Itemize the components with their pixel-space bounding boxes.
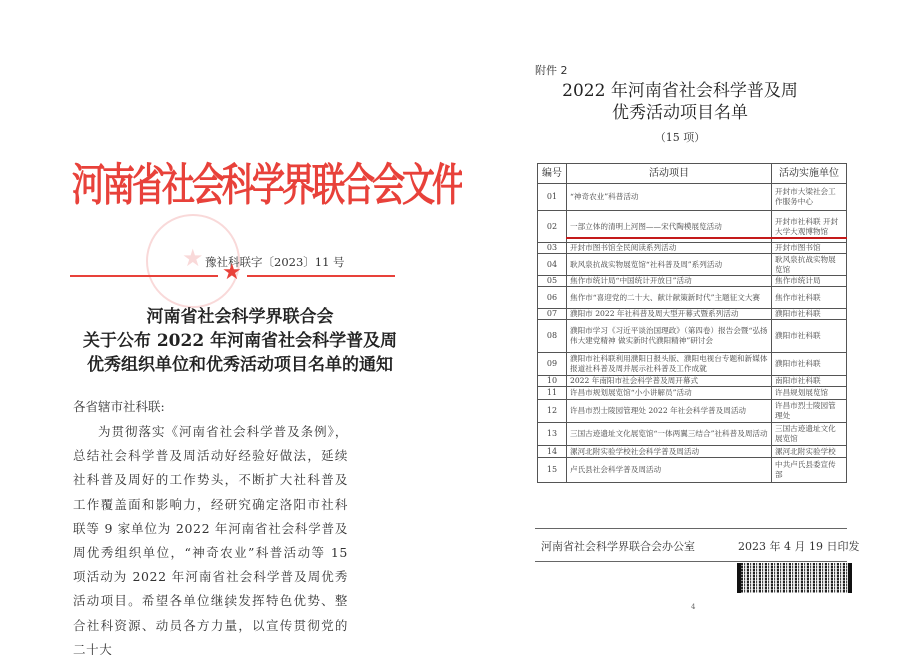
row-number: 04 bbox=[538, 254, 567, 276]
row-project: 濮阳市社科联利用濮阳日报头版、濮阳电视台专题和新媒体报道社科普及周并展示社科普及… bbox=[567, 353, 772, 376]
row-number: 02 bbox=[538, 211, 567, 243]
notice-title-line: 优秀组织单位和优秀活动项目名单的通知 bbox=[40, 353, 440, 377]
table-row: 01 “神奇农业”科普活动 开封市大梁社会工作服务中心 bbox=[538, 184, 847, 211]
page-number: 4 bbox=[691, 603, 695, 611]
list-title: 2022 年河南省社会科学普及周 优秀活动项目名单 bbox=[520, 80, 840, 124]
list-title-line: 2022 年河南省社会科学普及周 bbox=[520, 80, 840, 102]
footer-divider-bottom bbox=[535, 561, 847, 562]
row-project: 焦作市“喜迎党的二十大、献计献策新时代”主题征文大赛 bbox=[567, 287, 772, 309]
table-header-row: 编号 活动项目 活动实施单位 bbox=[538, 164, 847, 184]
column-header-project: 活动项目 bbox=[567, 164, 772, 184]
table-row: 13 三国古迹遗址文化展览馆“一体两翼三结合”社科普及周活动 三国古迹遗址文化展… bbox=[538, 423, 847, 446]
red-annotation-underline bbox=[566, 237, 847, 239]
row-unit: 濮阳市社科联 bbox=[772, 320, 847, 353]
row-unit: 许昌市烈士陵园管理处 bbox=[772, 400, 847, 423]
row-number: 09 bbox=[538, 353, 567, 376]
row-project: 三国古迹遗址文化展览馆“一体两翼三结合”社科普及周活动 bbox=[567, 423, 772, 446]
row-unit: 中共卢氏县委宣传部 bbox=[772, 458, 847, 483]
row-unit: 濮阳市社科联 bbox=[772, 353, 847, 376]
table-row: 06 焦作市“喜迎党的二十大、献计献策新时代”主题征文大赛 焦作市社科联 bbox=[538, 287, 847, 309]
row-number: 15 bbox=[538, 458, 567, 483]
table-row: 03 开封市图书馆全民阅读系列活动 开封市图书馆 bbox=[538, 243, 847, 254]
row-project: 卢氏县社会科学普及周活动 bbox=[567, 458, 772, 483]
table-row: 05 焦作市统计局“中国统计开放日”活动 焦作市统计局 bbox=[538, 276, 847, 287]
table-row: 04 耿风泉抗战实物展览馆“社科普及周”系列活动 耿风泉抗战实物展览馆 bbox=[538, 254, 847, 276]
row-project: 2022 年南阳市社会科学普及周开幕式 bbox=[567, 376, 772, 387]
row-project: 濮阳市学习《习近平谈治国理政》（第四卷）报告会暨“弘扬伟大建党精神 做实新时代濮… bbox=[567, 320, 772, 353]
table-row: 12 许昌市烈士陵园管理处 2022 年社会科学普及周活动 许昌市烈士陵园管理处 bbox=[538, 400, 847, 423]
table-row: 15 卢氏县社会科学普及周活动 中共卢氏县委宣传部 bbox=[538, 458, 847, 483]
page-number: 1 bbox=[225, 602, 229, 610]
column-header-number: 编号 bbox=[538, 164, 567, 184]
notice-title-line: 关于公布 2022 年河南省社会科学普及周 bbox=[40, 329, 440, 353]
row-unit: 漯河北附实验学校 bbox=[772, 446, 847, 458]
row-unit: 焦作市统计局 bbox=[772, 276, 847, 287]
award-table: 编号 活动项目 活动实施单位 01 “神奇农业”科普活动 开封市大梁社会工作服务… bbox=[537, 163, 847, 483]
list-title-line: 优秀活动项目名单 bbox=[520, 102, 840, 124]
table-row: 11 许昌市规划展览馆“小小讲解员”活动 许昌规划展览馆 bbox=[538, 387, 847, 400]
attachment-label: 附件 2 bbox=[535, 62, 568, 78]
row-project: 濮阳市 2022 年社科普及周大型开幕式暨系列活动 bbox=[567, 309, 772, 320]
row-unit: 焦作市社科联 bbox=[772, 287, 847, 309]
row-number: 10 bbox=[538, 376, 567, 387]
row-unit: 三国古迹遗址文化展览馆 bbox=[772, 423, 847, 446]
row-unit: 许昌规划展览馆 bbox=[772, 387, 847, 400]
row-project: “神奇农业”科普活动 bbox=[567, 184, 772, 211]
row-number: 11 bbox=[538, 387, 567, 400]
red-star-icon: ★ bbox=[222, 262, 242, 284]
row-project: 许昌市规划展览馆“小小讲解员”活动 bbox=[567, 387, 772, 400]
table-row: 08 濮阳市学习《习近平谈治国理政》（第四卷）报告会暨“弘扬伟大建党精神 做实新… bbox=[538, 320, 847, 353]
row-unit: 开封市大梁社会工作服务中心 bbox=[772, 184, 847, 211]
row-project: 许昌市烈士陵园管理处 2022 年社会科学普及周活动 bbox=[567, 400, 772, 423]
document-page-1: 河南省社会科学界联合会文件 ★ 豫社科联字〔2023〕11 号 ★ 河南省社会科… bbox=[0, 0, 462, 655]
list-count: （15 项） bbox=[520, 129, 840, 145]
document-header-title: 河南省社会科学界联合会文件 bbox=[72, 162, 392, 207]
table-row: 09 濮阳市社科联利用濮阳日报头版、濮阳电视台专题和新媒体报道社科普及周并展示社… bbox=[538, 353, 847, 376]
body-paragraph: 为贯彻落实《河南省社会科学普及条例》，总结社会科学普及周活动好经验好做法，延续社… bbox=[73, 420, 348, 655]
row-number: 13 bbox=[538, 423, 567, 446]
red-divider-left bbox=[70, 275, 218, 277]
table-row: 14 漯河北附实验学校社会科学普及周活动 漯河北附实验学校 bbox=[538, 446, 847, 458]
row-number: 06 bbox=[538, 287, 567, 309]
row-project: 焦作市统计局“中国统计开放日”活动 bbox=[567, 276, 772, 287]
row-unit: 濮阳市社科联 bbox=[772, 309, 847, 320]
footer-divider-top bbox=[535, 528, 847, 529]
row-unit: 南阳市社科联 bbox=[772, 376, 847, 387]
row-number: 05 bbox=[538, 276, 567, 287]
table-row: 07 濮阳市 2022 年社科普及周大型开幕式暨系列活动 濮阳市社科联 bbox=[538, 309, 847, 320]
column-header-unit: 活动实施单位 bbox=[772, 164, 847, 184]
row-number: 01 bbox=[538, 184, 567, 211]
row-number: 12 bbox=[538, 400, 567, 423]
issuing-office: 河南省社会科学界联合会办公室 bbox=[541, 538, 695, 554]
seal-star-icon: ★ bbox=[182, 244, 204, 272]
notice-title: 河南省社会科学界联合会 关于公布 2022 年河南省社会科学普及周 优秀组织单位… bbox=[40, 305, 440, 377]
row-number: 14 bbox=[538, 446, 567, 458]
row-project: 漯河北附实验学校社会科学普及周活动 bbox=[567, 446, 772, 458]
notice-title-line: 河南省社会科学界联合会 bbox=[40, 305, 440, 329]
row-number: 07 bbox=[538, 309, 567, 320]
row-unit: 耿风泉抗战实物展览馆 bbox=[772, 254, 847, 276]
salutation: 各省辖市社科联: bbox=[73, 397, 165, 415]
row-project: 耿风泉抗战实物展览馆“社科普及周”系列活动 bbox=[567, 254, 772, 276]
row-number: 08 bbox=[538, 320, 567, 353]
issue-date: 2023 年 4 月 19 日印发 bbox=[738, 538, 859, 554]
row-project: 开封市图书馆全民阅读系列活动 bbox=[567, 243, 772, 254]
table-row: 10 2022 年南阳市社会科学普及周开幕式 南阳市社科联 bbox=[538, 376, 847, 387]
row-number: 03 bbox=[538, 243, 567, 254]
red-divider-right bbox=[247, 275, 395, 277]
row-unit: 开封市图书馆 bbox=[772, 243, 847, 254]
barcode-icon bbox=[737, 563, 852, 593]
